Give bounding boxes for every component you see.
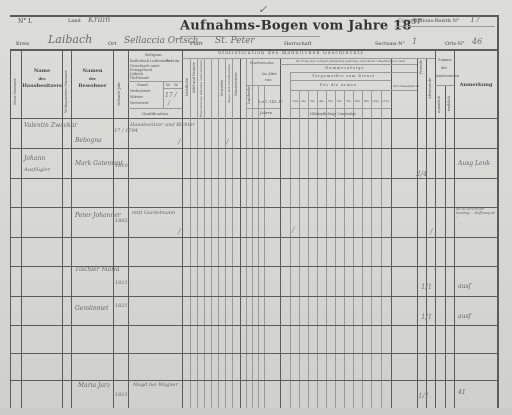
table-right-rule — [497, 15, 499, 409]
armee-col: 6te — [337, 99, 342, 103]
armee-col: 5te — [328, 99, 333, 103]
col-rule — [417, 58, 418, 409]
herrschaft-label: Herrschaft — [284, 41, 312, 47]
row-birth: 1811 — [115, 280, 128, 286]
col-rule — [280, 58, 281, 409]
header-sub-rule — [128, 81, 182, 82]
header-religion: Religion — [145, 52, 162, 57]
row-owner: Valentin Zwackar — [24, 122, 77, 129]
row-resident: Maria Jarz — [78, 382, 110, 389]
header-sub-rule — [290, 72, 417, 73]
col-rule — [381, 90, 382, 409]
header-fremde: Fremde — [419, 60, 423, 74]
stand-col: M. — [166, 83, 171, 87]
col-rule — [204, 58, 205, 409]
row-qual: Magd bei Wagner — [133, 382, 178, 388]
pfarr-value: St. Peter — [215, 36, 255, 46]
row-qual: mitt Gardelmann — [132, 210, 175, 216]
pfarr-label: Pfarr — [190, 41, 203, 47]
religion-row: Katholisch — [130, 59, 149, 63]
conscription-value: 17 — [470, 15, 480, 24]
col-rule — [258, 85, 259, 409]
summe-line: Anwesenden — [436, 74, 459, 78]
conscription-label: Conscriptions-Bezirk N° — [398, 18, 459, 24]
col-rule — [197, 58, 198, 409]
kreis-value: Laibach — [48, 33, 92, 46]
header-landwehr: Landwehr — [247, 86, 251, 104]
row-rule — [10, 380, 498, 381]
land-value: Krain — [88, 15, 110, 24]
row-rule — [10, 325, 498, 326]
col-rule — [232, 58, 233, 409]
col-rule — [317, 90, 318, 409]
col-rule — [371, 90, 372, 409]
summe-line: Summe — [438, 58, 452, 62]
col-rule — [128, 49, 129, 409]
row-birth: 17 / 1794 — [114, 128, 138, 134]
col-rule — [211, 58, 212, 409]
header-nummernfolge: Nummernfolge — [325, 66, 365, 70]
row-note: ausf — [458, 283, 471, 290]
form-title: Aufnahms-Bogen vom Jahre 1857 — [180, 17, 422, 33]
nachwuchs-sub: von — [265, 78, 272, 82]
row-mark: / — [430, 228, 432, 236]
header-sub-rule — [246, 108, 280, 109]
stand-row: Verwitwet — [130, 101, 148, 105]
col-rule — [344, 90, 345, 409]
form-title-text: Aufnahms-Bogen vom Jahre 18 — [180, 18, 412, 33]
header-wehrfaehige: Militärpflichtige Unmündige — [310, 112, 356, 116]
header-statistik-title: Statistication des männlichen Geschlecht… — [218, 51, 364, 56]
header-anmerkung: Anmerkung — [455, 82, 497, 88]
header-owner-name: Name des Hausbesitzers — [22, 68, 62, 89]
sections-label: Sections-N° — [375, 41, 405, 47]
nachwuchs-col: 13–17 — [272, 100, 283, 104]
col-rule — [326, 90, 327, 409]
row-birth: 1821 — [115, 303, 128, 309]
header-resident-line2: der — [72, 76, 113, 81]
sections-value: 1 — [412, 37, 417, 46]
header-owner-line3: Hausbesitzers — [22, 83, 62, 89]
col-rule — [218, 58, 219, 409]
stand-hand: 17 / — [165, 92, 177, 99]
row-mark: 2/4 — [416, 170, 427, 178]
header-resident-name: Namen der Bewohner — [72, 68, 113, 89]
col-rule — [454, 49, 455, 409]
row-note: Ausg Lenk — [458, 160, 490, 167]
row-resident: Tischler Maria — [75, 266, 120, 273]
armee-col: 4te — [319, 99, 324, 103]
row-mark: / — [226, 138, 228, 146]
orts-value: 46 — [472, 37, 482, 46]
stand-row: Verheiratet — [130, 89, 151, 93]
armee-col: 8te — [355, 99, 360, 103]
row-resident: Gemlinniet — [75, 305, 108, 312]
header-reserve-text: Zu Folge des vorigen Jahrgangs gehörige … — [296, 59, 405, 63]
col-rule — [225, 58, 226, 409]
col-rule — [335, 90, 336, 409]
religion-row: Nichtunirt — [130, 76, 149, 80]
armee-col: 7te — [346, 99, 351, 103]
row-note: 41 — [458, 389, 466, 396]
census-sheet: N° I. Land Krain Aufnahms-Bogen vom Jahr… — [0, 0, 512, 415]
col-rule — [240, 58, 241, 409]
armee-col: 9te — [364, 99, 369, 103]
col-rule — [246, 58, 247, 409]
header-qualifikation: Qualification — [142, 111, 168, 116]
armee-col: 2te — [301, 99, 306, 103]
col-rule — [264, 85, 265, 409]
summe-col: weiblich — [447, 96, 451, 111]
paper-bottom-edge — [0, 408, 512, 415]
armee-col: 3te — [310, 99, 315, 103]
armee-col: 1ste — [292, 99, 298, 103]
nachwuchs-col: 1–6 — [258, 100, 264, 104]
orts-label: Orts-N° — [445, 41, 465, 47]
summe-col: männlich — [437, 96, 441, 113]
row-birth: 1802 — [115, 218, 128, 224]
col-rule — [21, 49, 22, 409]
header-sub-rule — [163, 81, 164, 108]
religion-col: Reform. — [166, 59, 181, 63]
row-qual: Hausbesitzer und Richter — [130, 122, 195, 128]
header-armee: Für die Armee — [320, 83, 357, 87]
row-mark: 1/1 — [418, 392, 429, 400]
header-geburtsjahr: Geburts-Jahr — [117, 82, 121, 105]
kreis-label: Kreis — [16, 41, 29, 47]
row-mark: / — [178, 138, 180, 146]
row-mark: / — [292, 226, 294, 234]
col-rule — [353, 90, 354, 409]
header-vorgemerkte: Vorgemerkte zum Dienst — [312, 74, 375, 78]
header-sub-rule — [290, 108, 391, 109]
col-rule — [190, 58, 191, 409]
row-birth: 1810 — [115, 163, 128, 169]
header-owner-line1: Name — [22, 68, 62, 74]
header-resident-line3: Bewohner — [72, 83, 113, 89]
stat-col-label: Adel und Beamte — [192, 62, 196, 93]
row-rule — [10, 148, 498, 149]
col-rule — [426, 58, 427, 409]
header-sub-rule — [435, 85, 454, 86]
checkmark: ✓ — [258, 3, 267, 16]
armee-col: 10te — [372, 99, 379, 103]
col-rule — [113, 49, 114, 409]
col-rule — [62, 49, 63, 409]
stat-col-label: Geistliche — [185, 78, 189, 96]
row-rule — [10, 178, 498, 179]
col-rule — [299, 90, 300, 409]
col-rule — [445, 85, 446, 409]
header-nachwuchs: Nachwuchs — [250, 60, 274, 65]
summe-line: der — [441, 66, 447, 70]
header-sub-rule — [290, 80, 391, 81]
stat-col-label: Honoratioren, Künstler und Literaten — [199, 60, 203, 117]
row-mark: / — [178, 228, 180, 236]
row-mark: 1/1 — [421, 313, 432, 321]
table-left-rule — [10, 49, 11, 409]
col-rule — [391, 58, 392, 409]
header-sub-rule — [163, 88, 182, 89]
stat-col-label: Bauer und Grundbesitzer — [227, 64, 231, 103]
col-rule — [71, 49, 72, 409]
col-rule — [362, 90, 363, 409]
conscription-rule — [395, 26, 495, 27]
header-sub-rule — [290, 90, 417, 91]
header-sub-rule — [128, 108, 182, 109]
row-resident: Peter Johanner — [75, 212, 121, 219]
row-rule — [10, 353, 498, 354]
header-abwesende: Abwesende — [428, 78, 432, 99]
row-birth: 1811 — [115, 392, 128, 398]
row-rule — [10, 207, 498, 208]
header-haus-nr: Haus-Nummer — [13, 78, 17, 105]
stand-col: W. — [174, 83, 178, 87]
row-mark: 1/1 — [421, 283, 432, 291]
header-stand: Stand — [137, 83, 148, 87]
row-owner-sub: Ausflügler — [24, 167, 50, 173]
stand-row: Witwer — [130, 95, 143, 99]
row-rule — [10, 237, 498, 238]
row-rule — [10, 296, 498, 297]
header-sub-rule — [280, 64, 417, 65]
nachwuchs-sub: Im Alter — [262, 72, 277, 76]
header-bottom-rule — [10, 118, 498, 119]
header-sub-rule — [246, 85, 280, 86]
armee-col: 11te — [382, 99, 389, 103]
row-owner: Johann — [24, 155, 45, 162]
header-owner-line2: des — [22, 76, 62, 81]
stat-col-label: Gewerbe — [220, 80, 224, 96]
nachwuchs-footer: Jahren — [260, 111, 272, 115]
header-dienstpflicht: Zur Dienstpflicht — [393, 84, 419, 88]
col-rule — [252, 58, 253, 409]
ort-label: Ort — [108, 41, 117, 47]
form-number: N° I. — [18, 18, 32, 25]
stat-col-label: Hausbesitzer — [234, 72, 238, 96]
col-rule — [290, 72, 291, 409]
row-resident: Bebogna — [75, 137, 102, 144]
col-rule — [435, 49, 436, 409]
header-wohnpartei: Wohnparteien-Nummer — [64, 70, 68, 113]
header-resident-line1: Namen — [72, 68, 113, 74]
stand-hand: / — [168, 100, 170, 107]
col-rule — [308, 90, 309, 409]
land-label: Land — [68, 18, 81, 24]
row-note: Ist zu Gericht am Sonntag … Hoffnung ist… — [456, 207, 496, 219]
row-note: ausf — [458, 313, 471, 320]
col-rule — [182, 49, 183, 409]
